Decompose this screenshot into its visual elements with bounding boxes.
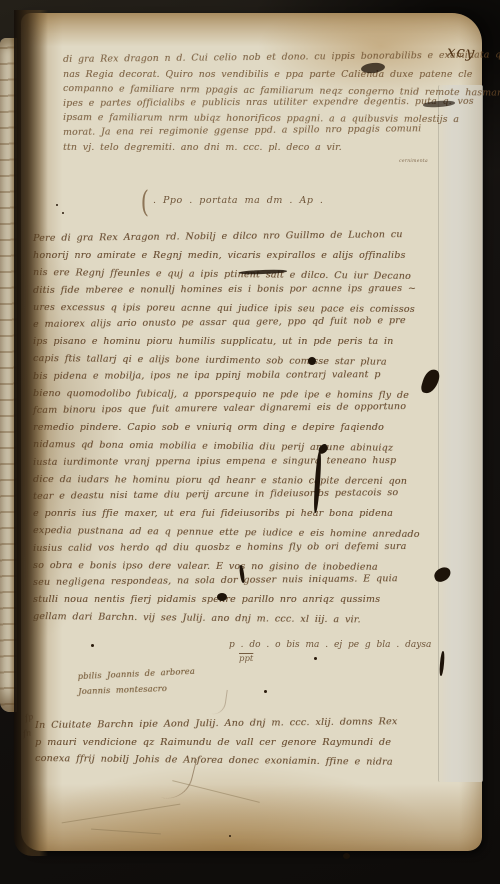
- script-line: Pere di gra Rex Aragon rd. Nobilj e dilc…: [33, 229, 403, 244]
- top-text-block: di gra Rex dragon n d. Cui celio nob et …: [63, 54, 473, 184]
- ink-dot: [62, 212, 64, 214]
- script-line: dice da iudars he hominu pioru qd heanr …: [33, 474, 407, 487]
- script-line: In Ciuitate Barchn ipie Aond Julij. Ano …: [35, 716, 398, 731]
- script-line: ttn vj. telo degremiti. ano dni m. ccc. …: [63, 142, 342, 153]
- script-line: honorij nro amirate e Regnj medin, vicar…: [33, 250, 406, 261]
- ink-dot: [229, 835, 231, 837]
- script-line: remedio pindere. Capio sob e vniuriq orm…: [33, 422, 384, 433]
- script-line: di gra Rex dragon n d. Cui celio nob et …: [63, 49, 500, 65]
- script-line: nas Regia decorat. Quiro nos vendibilis …: [63, 69, 472, 80]
- probata-mark: ppt: [239, 654, 253, 664]
- script-line: ipes e partes officialibs e publicis nra…: [63, 96, 474, 109]
- script-line: gellam dari Barchn. vij ses Julij. ano d…: [33, 611, 361, 625]
- manuscript-page: xcy di gra Rex dragon n d. Cui celio nob…: [21, 13, 482, 851]
- ink-dot: [264, 690, 267, 693]
- ink-dot: [56, 204, 58, 206]
- heading-paren: (: [141, 185, 149, 220]
- ink-blot: [343, 853, 350, 859]
- script-line: nis ere Regnj ffeunles e quj a ipis ptin…: [33, 267, 411, 282]
- script-line: iusius calid vos herdo qd diu quosbz e h…: [33, 541, 407, 554]
- main-text-block: Pere di gra Rex Aragon rd. Nobilj e dilc…: [33, 233, 473, 643]
- script-line: e maiorex alijs ario onusto pe assar qua…: [33, 315, 406, 330]
- crease-line: [91, 829, 161, 835]
- margin-note-right: cernimenta: [399, 159, 428, 164]
- script-line: conexa ffrij nobilj Johis de Anforea don…: [35, 753, 393, 768]
- script-line: capis ftis tallarj qi e alijs bone iurdi…: [33, 353, 387, 368]
- notary-signatures: pbilis Joannis de arboreaJoannis montesa…: [77, 665, 258, 705]
- gutter-shadow: [14, 10, 48, 856]
- script-line: so obra e bonis ipso dere valear. E vos …: [33, 560, 378, 573]
- bottom-text-block: In Ciuitate Barchn ipie Aond Julij. Ano …: [35, 720, 475, 780]
- script-line: iusta iurdimonte vranj pperna ipius empe…: [33, 455, 396, 468]
- ink-blot: [308, 357, 316, 365]
- manuscript-photo: xcy di gra Rex dragon n d. Cui celio nob…: [0, 0, 500, 884]
- script-line: stulli noua nentis fierj pidamis spenre …: [33, 594, 380, 605]
- pen-flourish: [211, 688, 227, 716]
- ink-blot: [217, 593, 227, 601]
- script-line: nidamus qd bona omia mobilia e imobilia …: [33, 439, 393, 454]
- script-line: Joannis montesacro: [78, 683, 167, 696]
- ink-dot: [314, 657, 317, 660]
- script-line: ures excessus q ipis poreu acnne qui jud…: [33, 302, 415, 315]
- section-heading: . Ppo . portata ma dm . Ap .: [153, 195, 323, 206]
- script-line: bis pidena e mobilja, ipos ne ipa ppinj …: [33, 369, 381, 382]
- script-line: ips pisano e hominu pioru humilis suppli…: [33, 336, 393, 347]
- script-line: fcam binoru ipos que fuit amurere valear…: [33, 401, 406, 416]
- crease-line: [62, 804, 181, 824]
- script-line: bieno quomodolibo fubicalj, a pporspequi…: [33, 388, 409, 401]
- chancery-subscription: p . do . o bis ma . ej pe g bla . daysa: [229, 640, 431, 650]
- script-line: pbilis Joannis de arborea: [77, 666, 195, 681]
- script-line: p mauri vendicione qz Raimundu de vall c…: [35, 737, 391, 748]
- script-line: morat. Ja ena rei regimonie ggense ppd. …: [63, 123, 421, 138]
- crease-line: [172, 780, 260, 803]
- script-line: e ponris ius ffie maxer, ut era fui fide…: [33, 508, 393, 519]
- script-line: seu negligena respondeas, na sola dor go…: [33, 573, 398, 588]
- script-line: tear e deastu nisi tame diu perij arcune…: [33, 487, 398, 502]
- script-line: expedia pustnana ad ea q pennue ette pe …: [33, 525, 420, 540]
- script-line: ditis fide mberee e nonullj homines eis …: [33, 283, 416, 296]
- ink-dot: [91, 644, 94, 647]
